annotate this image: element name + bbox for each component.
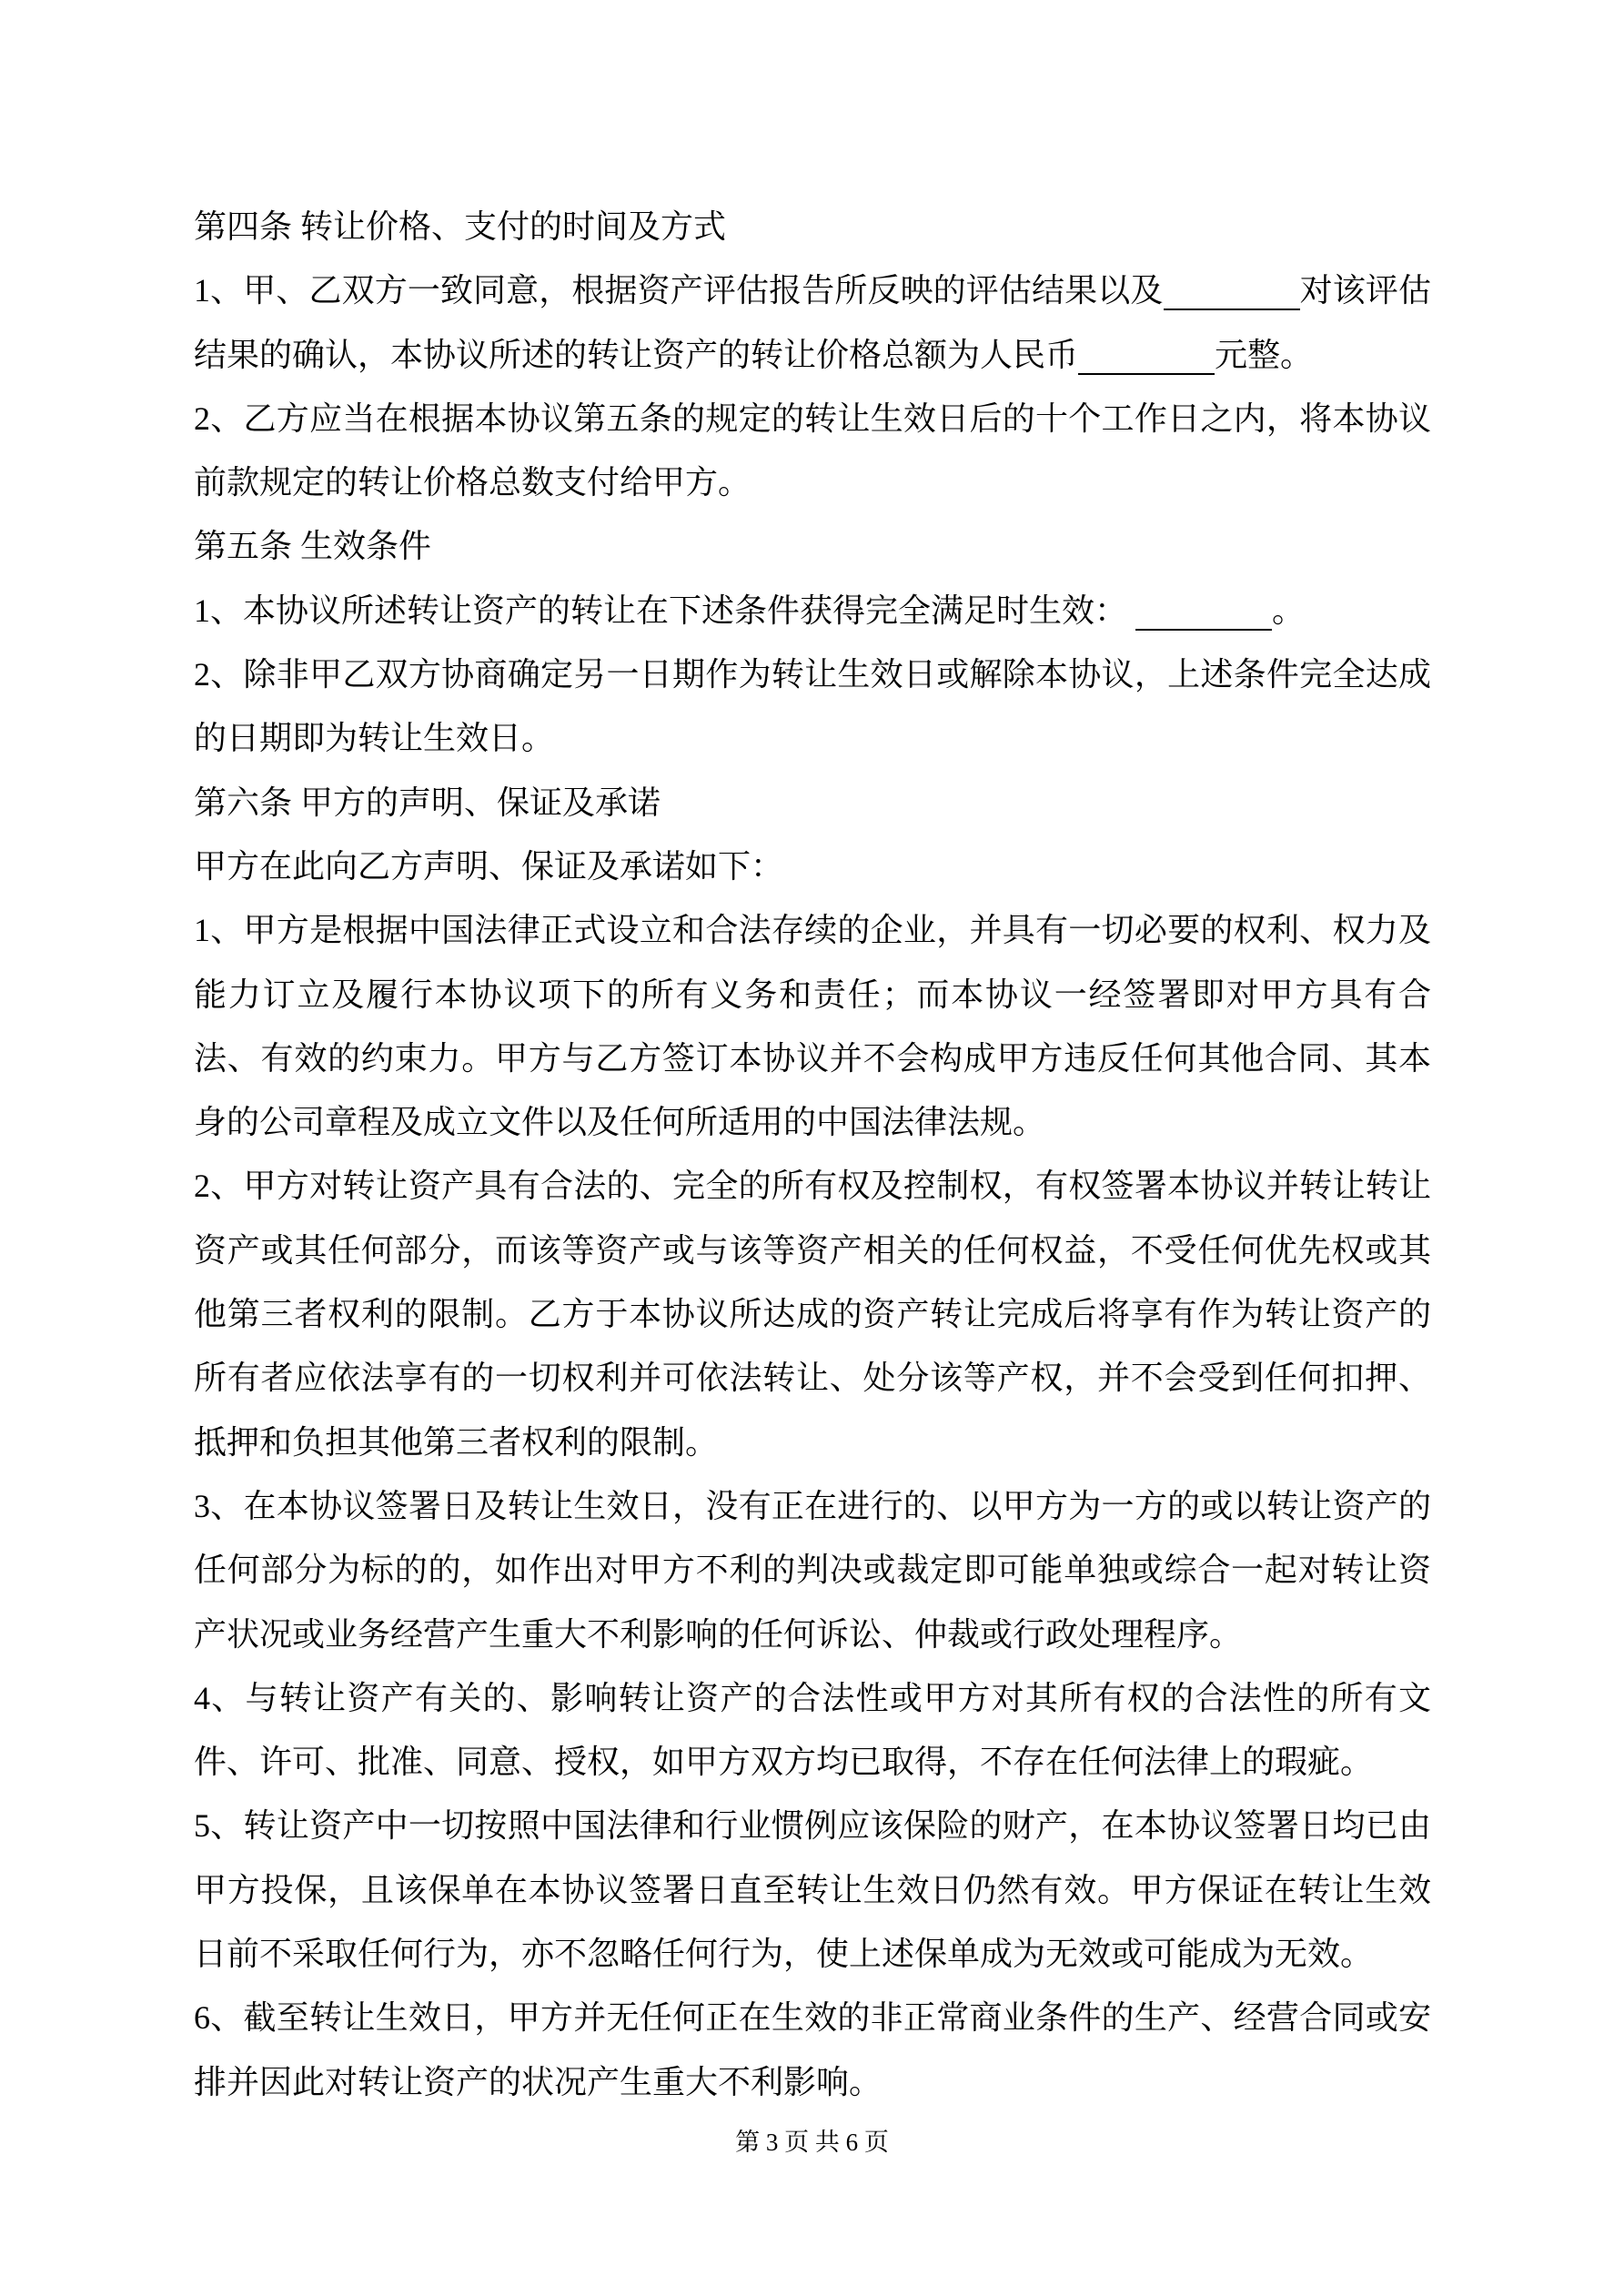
article-6-clause-4: 4、与转让资产有关的、影响转让资产的合法性或甲方对其所有权的合法性的所有文件、许…	[194, 1666, 1431, 1795]
text-run: 3、在本协议签署日及转让生效日，没有正在进行的、以甲方为一方的或以转让资产的任何…	[194, 1488, 1431, 1653]
document-body: 第四条 转让价格、支付的时间及方式1、甲、乙双方一致同意，根据资产评估报告所反映…	[194, 195, 1431, 2114]
article-4-clause-1: 1、甲、乙双方一致同意，根据资产评估报告所反映的评估结果以及对该评估结果的确认，…	[194, 258, 1431, 387]
article-6-intro: 甲方在此向乙方声明、保证及承诺如下：	[194, 834, 1431, 898]
article-5-clause-1: 1、本协议所述转让资产的转让在下述条件获得完全满足时生效： 。	[194, 579, 1431, 642]
text-run: 2、乙方应当在根据本协议第五条的规定的转让生效日后的十个工作日之内，将本协议前款…	[194, 400, 1431, 501]
text-run: 1、甲方是根据中国法律正式设立和合法存续的企业，并具有一切必要的权利、权力及能力…	[194, 912, 1431, 1140]
text-run: 第六条 甲方的声明、保证及承诺	[194, 784, 661, 821]
text-run: 6、截至转让生效日，甲方并无任何正在生效的非正常商业条件的生产、经营合同或安排并…	[194, 1999, 1431, 2099]
text-run: 。	[1272, 592, 1305, 629]
article-6-clause-3: 3、在本协议签署日及转让生效日，没有正在进行的、以甲方为一方的或以转让资产的任何…	[194, 1474, 1431, 1666]
text-run: 2、甲方对转让资产具有合法的、完全的所有权及控制权，有权签署本协议并转让转让资产…	[194, 1168, 1431, 1460]
fill-in-blank	[1078, 335, 1215, 375]
article-6-clause-2: 2、甲方对转让资产具有合法的、完全的所有权及控制权，有权签署本协议并转让转让资产…	[194, 1154, 1431, 1473]
document-page: 第四条 转让价格、支付的时间及方式1、甲、乙双方一致同意，根据资产评估报告所反映…	[0, 0, 1624, 2296]
article-6-clause-5: 5、转让资产中一切按照中国法律和行业惯例应该保险的财产，在本协议签署日均已由甲方…	[194, 1794, 1431, 1986]
text-run: 第五条 生效条件	[194, 528, 431, 564]
text-run: 5、转让资产中一切按照中国法律和行业惯例应该保险的财产，在本协议签署日均已由甲方…	[194, 1807, 1431, 1972]
fill-in-blank	[1135, 591, 1272, 631]
text-run: 4、与转让资产有关的、影响转让资产的合法性或甲方对其所有权的合法性的所有文件、许…	[194, 1680, 1431, 1780]
text-run: 2、除非甲乙双方协商确定另一日期作为转让生效日或解除本协议，上述条件完全达成的日…	[194, 656, 1431, 756]
article-6-heading: 第六条 甲方的声明、保证及承诺	[194, 771, 1431, 834]
article-5-clause-2: 2、除非甲乙双方协商确定另一日期作为转让生效日或解除本协议，上述条件完全达成的日…	[194, 642, 1431, 771]
article-6-clause-6: 6、截至转让生效日，甲方并无任何正在生效的非正常商业条件的生产、经营合同或安排并…	[194, 1986, 1431, 2114]
fill-in-blank	[1164, 270, 1300, 310]
text-run: 1、本协议所述转让资产的转让在下述条件获得完全满足时生效：	[194, 592, 1135, 629]
article-4-heading: 第四条 转让价格、支付的时间及方式	[194, 195, 1431, 258]
article-4-clause-2: 2、乙方应当在根据本协议第五条的规定的转让生效日后的十个工作日之内，将本协议前款…	[194, 387, 1431, 515]
article-5-heading: 第五条 生效条件	[194, 514, 1431, 578]
text-run: 甲方在此向乙方声明、保证及承诺如下：	[194, 848, 783, 885]
text-run: 第四条 转让价格、支付的时间及方式	[194, 208, 726, 245]
page-number: 第 3 页 共 6 页	[0, 2127, 1624, 2158]
article-6-clause-1: 1、甲方是根据中国法律正式设立和合法存续的企业，并具有一切必要的权利、权力及能力…	[194, 898, 1431, 1154]
text-run: 元整。	[1215, 337, 1313, 373]
text-run: 1、甲、乙双方一致同意，根据资产评估报告所反映的评估结果以及	[194, 272, 1164, 308]
